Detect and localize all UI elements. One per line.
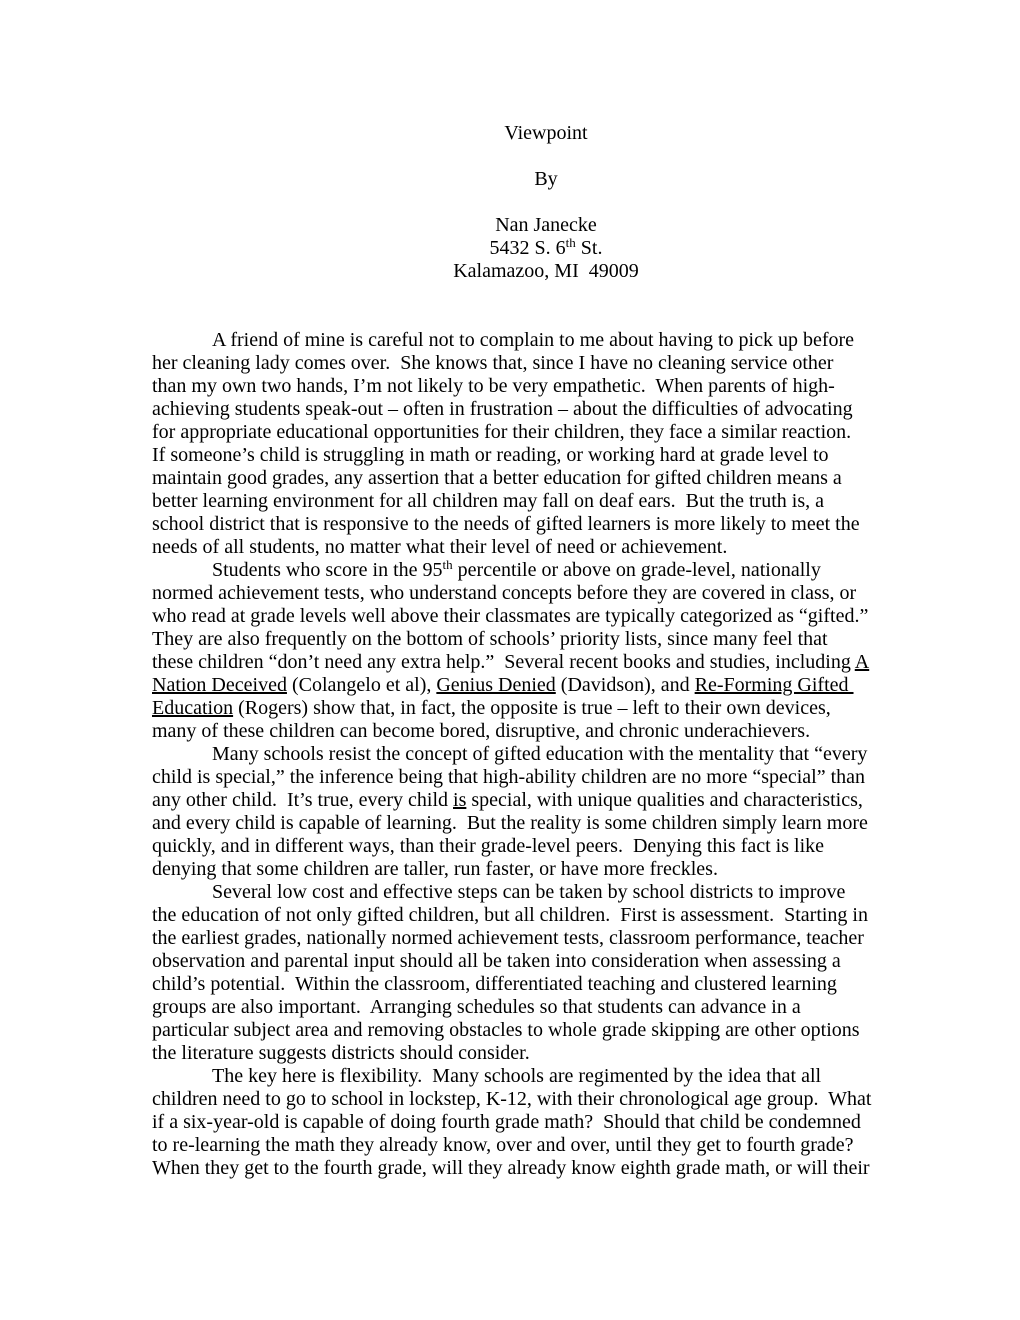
text-line: observation and parental input should al… — [152, 950, 940, 973]
document-page: Viewpoint By Nan Janecke 5432 S. 6th St.… — [0, 0, 1020, 1320]
paragraph: Many schools resist the concept of gifte… — [152, 743, 940, 881]
text-line: Students who score in the 95th percentil… — [152, 559, 940, 582]
underlined-text: Genius Denied — [436, 674, 555, 696]
paragraph: The key here is flexibility. Many school… — [152, 1065, 940, 1180]
text-line: normed achievement tests, who understand… — [152, 582, 940, 605]
text-line: than my own two hands, I’m not likely to… — [152, 375, 940, 398]
underlined-text: A — [855, 651, 869, 673]
text-line: Several low cost and effective steps can… — [152, 881, 940, 904]
text-line: many of these children can become bored,… — [152, 720, 940, 743]
text-line: her cleaning lady comes over. She knows … — [152, 352, 940, 375]
author-street: 5432 S. 6th St. — [152, 237, 940, 260]
text-line: maintain good grades, any assertion that… — [152, 467, 940, 490]
superscript-text: th — [443, 557, 453, 572]
text-line: the education of not only gifted childre… — [152, 904, 940, 927]
underlined-text: Nation Deceived — [152, 674, 287, 696]
text-line: the earliest grades, nationally normed a… — [152, 927, 940, 950]
text-line: A friend of mine is careful not to compl… — [152, 329, 940, 352]
text-line: Nation Deceived (Colangelo et al), Geniu… — [152, 674, 940, 697]
text-line: If someone’s child is struggling in math… — [152, 444, 940, 467]
text-line: denying that some children are taller, r… — [152, 858, 940, 881]
text-line: quickly, and in different ways, than the… — [152, 835, 940, 858]
body-text: A friend of mine is careful not to compl… — [152, 329, 940, 1180]
paragraph: A friend of mine is careful not to compl… — [152, 329, 940, 559]
paragraph: Several low cost and effective steps can… — [152, 881, 940, 1065]
blank-line — [152, 283, 940, 329]
blank-line — [152, 191, 940, 214]
text-line: particular subject area and removing obs… — [152, 1019, 940, 1042]
text-line: Education (Rogers) show that, in fact, t… — [152, 697, 940, 720]
text-line: who read at grade levels well above thei… — [152, 605, 940, 628]
text-line: the literature suggests districts should… — [152, 1042, 940, 1065]
text-line: child’s potential. Within the classroom,… — [152, 973, 940, 996]
text-line: child is special,” the inference being t… — [152, 766, 940, 789]
byline: By — [152, 168, 940, 191]
underlined-text: is — [453, 789, 466, 811]
text-line: and every child is capable of learning. … — [152, 812, 940, 835]
text-line: groups are also important. Arranging sch… — [152, 996, 940, 1019]
document-content: Viewpoint By Nan Janecke 5432 S. 6th St.… — [152, 122, 940, 1180]
author-name: Nan Janecke — [152, 214, 940, 237]
document-title: Viewpoint — [152, 122, 940, 145]
underlined-text: Education — [152, 697, 233, 719]
text-line: better learning environment for all chil… — [152, 490, 940, 513]
paragraph: Students who score in the 95th percentil… — [152, 559, 940, 743]
text-line: achieving students speak-out – often in … — [152, 398, 940, 421]
blank-line — [152, 145, 940, 168]
author-city: Kalamazoo, MI 49009 — [152, 260, 940, 283]
superscript-text: th — [566, 235, 576, 250]
text-line: these children “don’t need any extra hel… — [152, 651, 940, 674]
text-line: When they get to the fourth grade, will … — [152, 1157, 940, 1180]
text-line: Many schools resist the concept of gifte… — [152, 743, 940, 766]
text-line: to re-learning the math they already kno… — [152, 1134, 940, 1157]
text-line: if a six-year-old is capable of doing fo… — [152, 1111, 940, 1134]
underlined-text: Re-Forming Gifted — [695, 674, 854, 696]
text-line: for appropriate educational opportunitie… — [152, 421, 940, 444]
text-line: They are also frequently on the bottom o… — [152, 628, 940, 651]
text-line: school district that is responsive to th… — [152, 513, 940, 536]
text-line: any other child. It’s true, every child … — [152, 789, 940, 812]
text-line: needs of all students, no matter what th… — [152, 536, 940, 559]
text-line: The key here is flexibility. Many school… — [152, 1065, 940, 1088]
text-line: children need to go to school in lockste… — [152, 1088, 940, 1111]
